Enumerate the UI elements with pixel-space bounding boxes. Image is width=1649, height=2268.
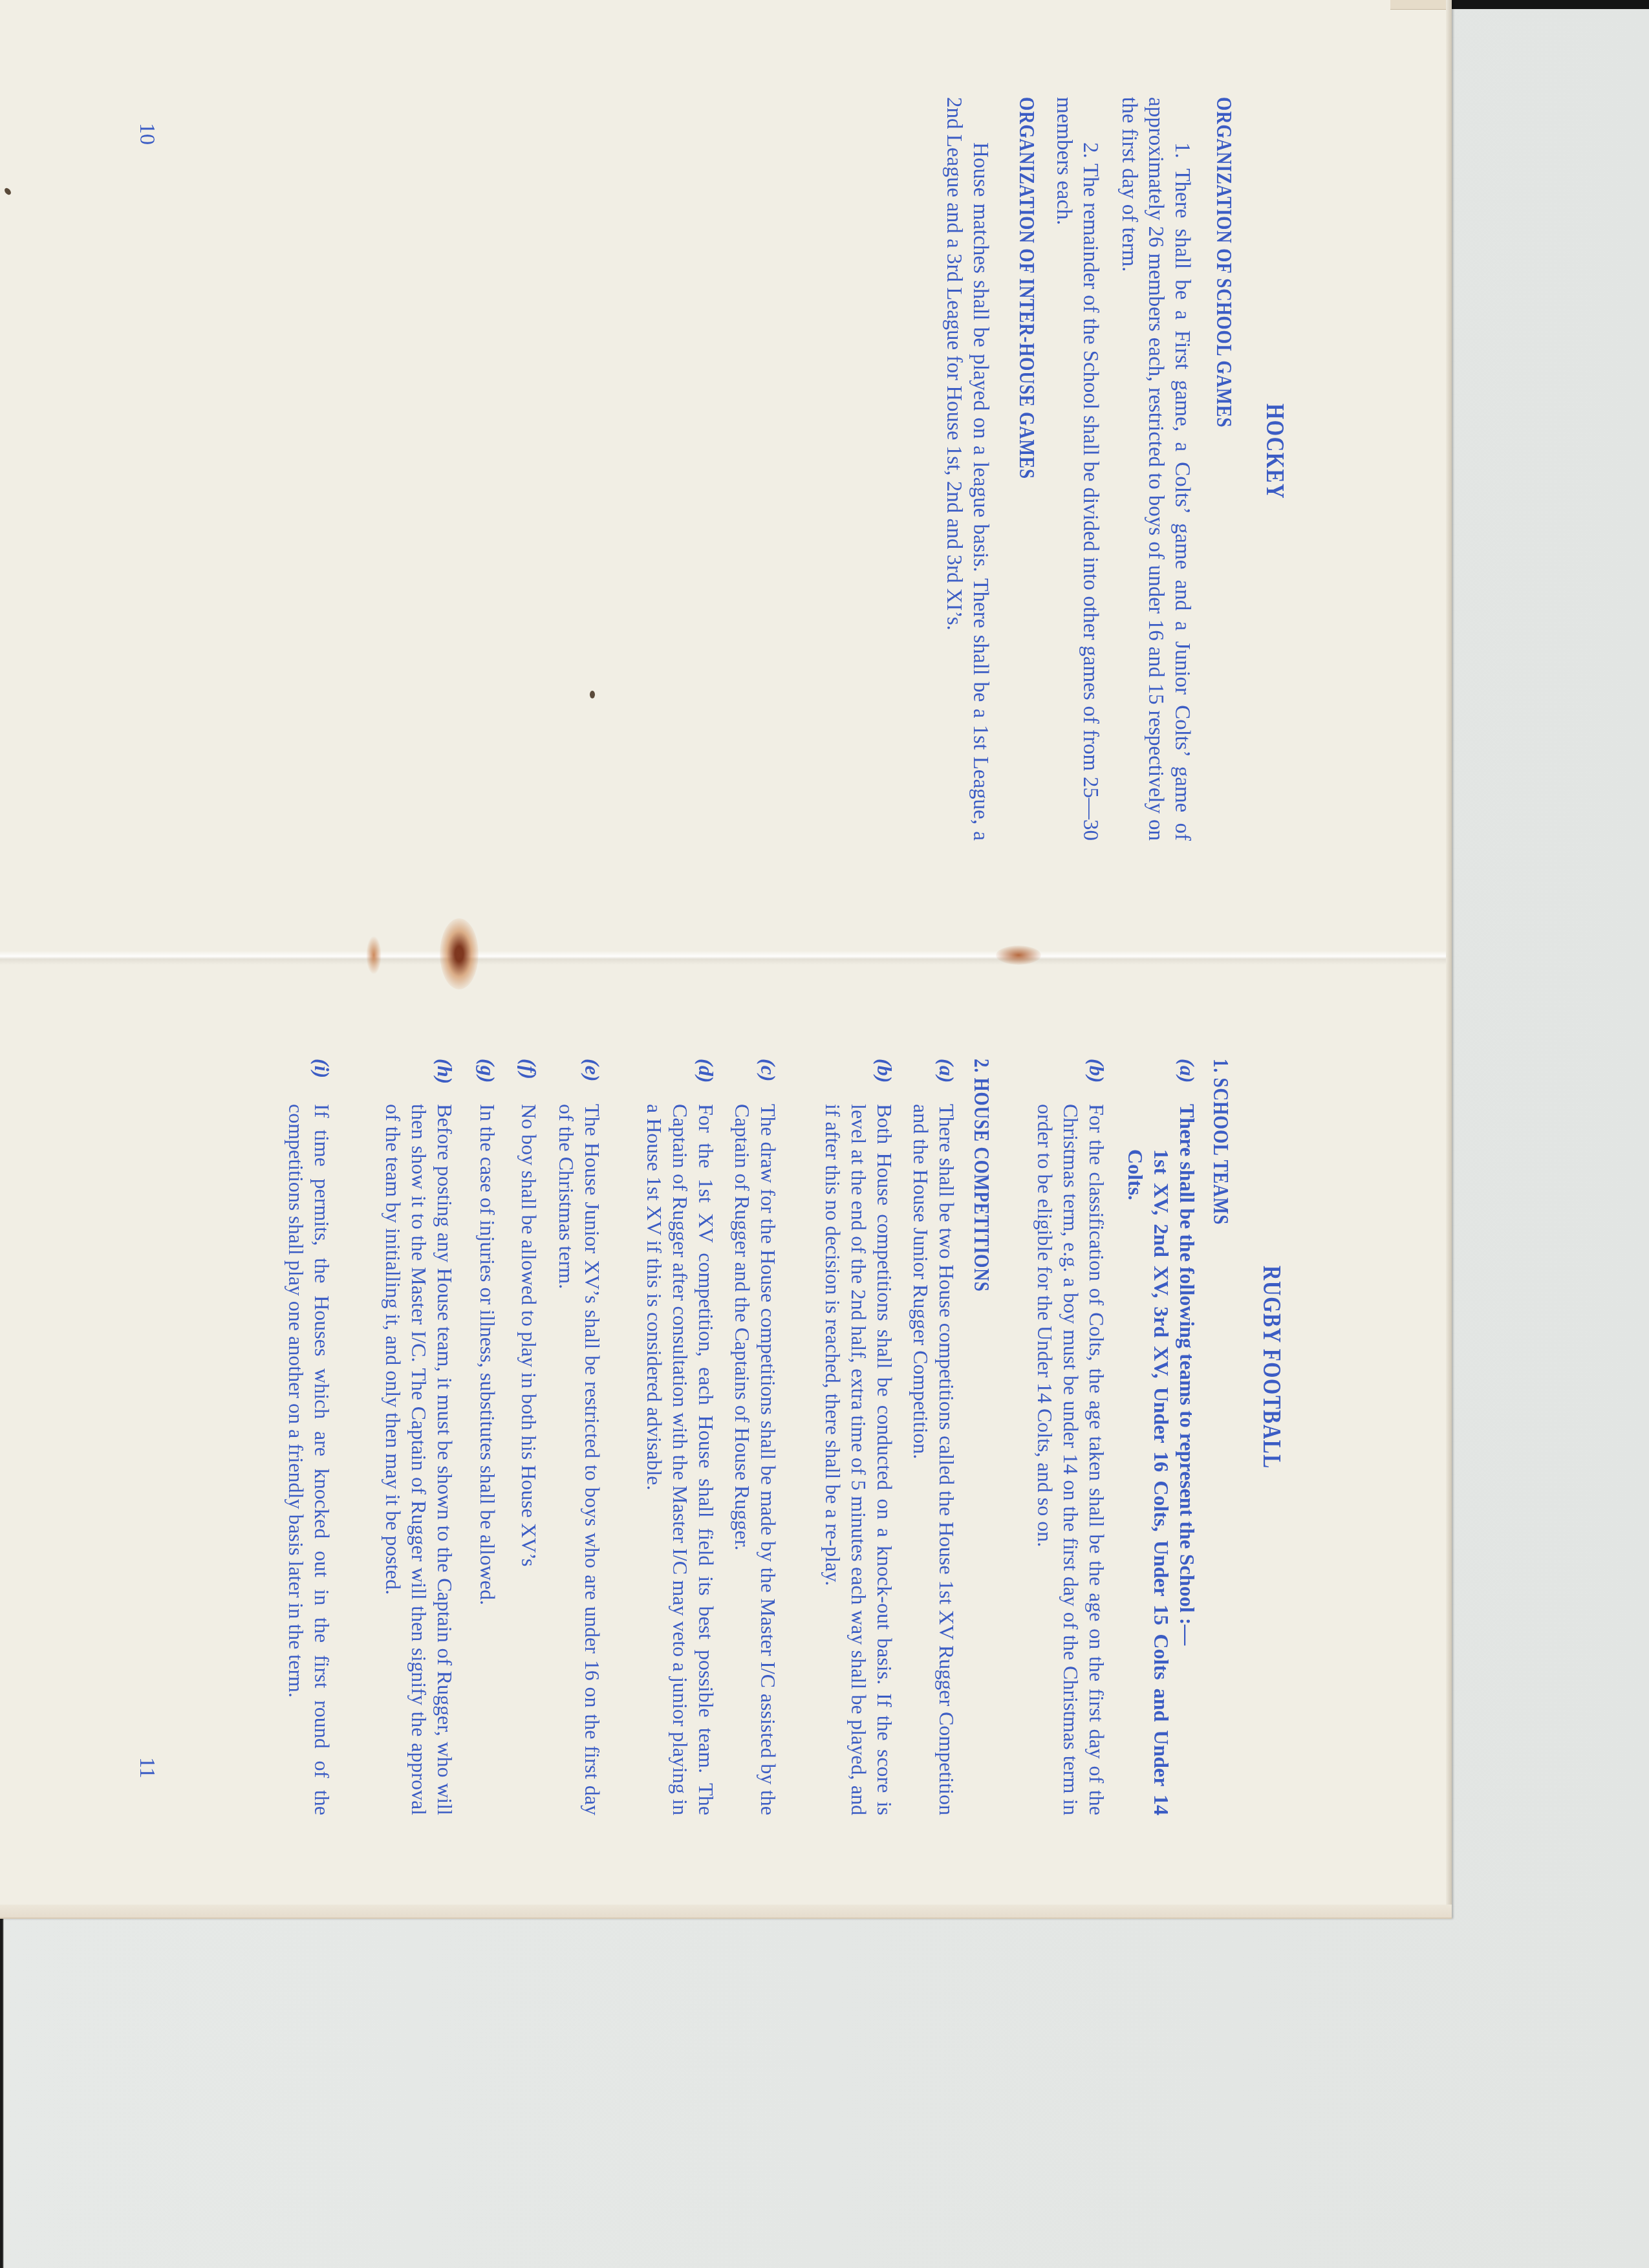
item-marker: (a) <box>1123 1059 1200 1104</box>
item-marker: (i) <box>283 1059 335 1104</box>
page-number: 10 <box>135 123 159 145</box>
paragraph: 1. There shall be a First game, a Colts’… <box>1115 97 1195 841</box>
booklet-spread: HOCKEY ORGANIZATION OF SCHOOL GAMES 1. T… <box>0 0 1452 1917</box>
section-heading: 2. HOUSE COMPETITIONS <box>969 1059 993 1292</box>
list-item: (i) If time permits, the Houses which ar… <box>283 1059 335 1815</box>
page-11-rugby-football: RUGBY FOOTBALL 1. SCHOOL TEAMS (a) There… <box>0 962 1446 1917</box>
item-marker: (f) <box>516 1059 542 1104</box>
list-item: (g) In the case of injuries or illness, … <box>475 1059 501 1815</box>
list-item: (h) Before posting any House team, it mu… <box>380 1059 458 1815</box>
list-item: (c) The draw for the House competitions … <box>729 1059 781 1815</box>
item-text: If time permits, the Houses which are kn… <box>283 1104 335 1815</box>
item-marker: (h) <box>380 1059 458 1104</box>
item-marker: (b) <box>1032 1059 1110 1104</box>
paragraph: House matches shall be played on a leagu… <box>940 97 993 841</box>
list-item: (a) There shall be the following teams t… <box>1123 1059 1200 1815</box>
item-text: For the 1st XV competition, each House s… <box>641 1104 719 1815</box>
item-marker: (e) <box>554 1059 605 1104</box>
section-heading: ORGANIZATION OF INTER-HOUSE GAMES <box>1014 97 1039 479</box>
item-marker: (c) <box>729 1059 781 1104</box>
item-text: For the classification of Colts, the age… <box>1032 1104 1110 1815</box>
scanner-lid-edge <box>1452 0 1649 9</box>
list-item: (b) Both House competitions shall be con… <box>820 1059 898 1815</box>
page-title: RUGBY FOOTBALL <box>1257 1266 1288 1469</box>
item-text: Both House competitions shall be conduct… <box>820 1104 898 1815</box>
item-marker: (b) <box>820 1059 898 1104</box>
item-marker: (g) <box>475 1059 501 1104</box>
list-item: (b) For the classification of Colts, the… <box>1032 1059 1110 1815</box>
booklet-spine-edge <box>1446 0 1452 1917</box>
list-item: (d) For the 1st XV competition, each Hou… <box>641 1059 719 1815</box>
list-item: (a) There shall be two House competition… <box>908 1059 960 1815</box>
item-text: There shall be two House competitions ca… <box>908 1104 960 1815</box>
item-subtext: 1st XV, 2nd XV, 3rd XV, Under 16 Colts, … <box>1123 1104 1174 1815</box>
page-10-hockey: HOCKEY ORGANIZATION OF SCHOOL GAMES 1. T… <box>0 0 1446 956</box>
item-text: No boy shall be allowed to play in both … <box>516 1104 542 1815</box>
item-text: In the case of injuries or illness, subs… <box>475 1104 501 1815</box>
item-text: The draw for the House competitions shal… <box>729 1104 781 1815</box>
section-heading: ORGANIZATION OF SCHOOL GAMES <box>1211 97 1236 427</box>
item-marker: (a) <box>908 1059 960 1104</box>
list-item: (f) No boy shall be allowed to play in b… <box>516 1059 542 1815</box>
page-title: HOCKEY <box>1260 404 1291 499</box>
page-number: 11 <box>135 1757 159 1778</box>
paragraph: 2. The remainder of the School shall be … <box>1050 97 1103 841</box>
section-heading: 1. SCHOOL TEAMS <box>1208 1059 1233 1225</box>
item-text: Before posting any House team, it must b… <box>380 1104 458 1815</box>
item-marker: (d) <box>641 1059 719 1104</box>
item-text: There shall be the following teams to re… <box>1123 1104 1200 1815</box>
list-item: (e) The House Junior XV’s shall be restr… <box>554 1059 605 1815</box>
item-text: The House Junior XV’s shall be restricte… <box>554 1104 605 1815</box>
